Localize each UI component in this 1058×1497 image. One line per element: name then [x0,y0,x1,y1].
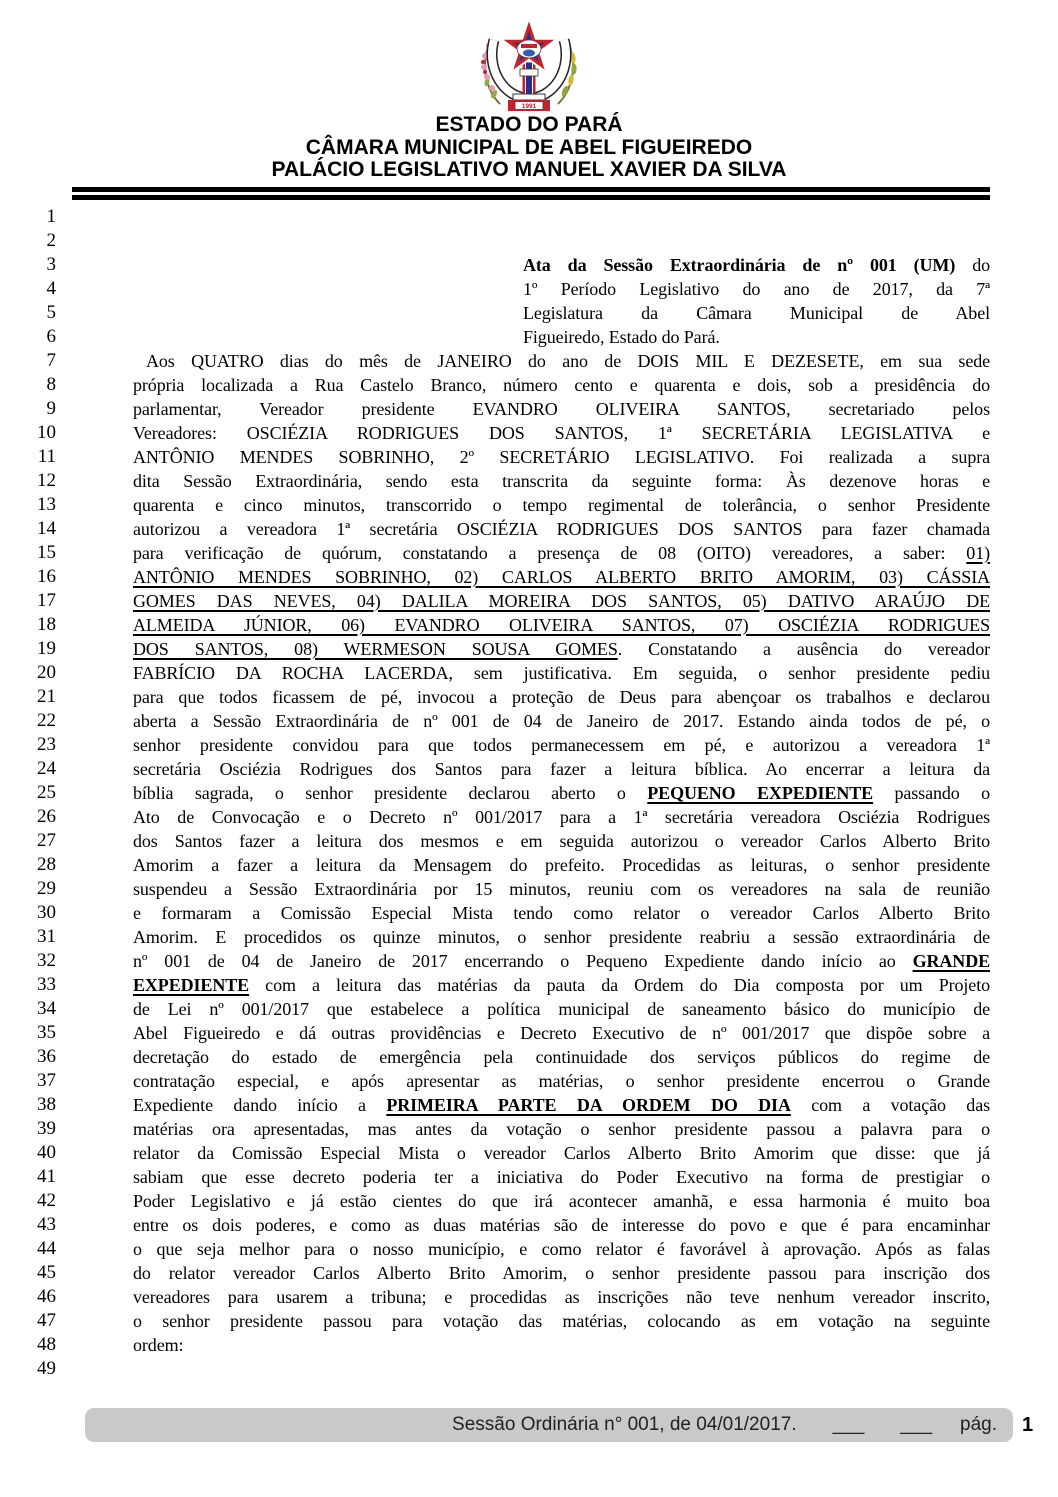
emphasized-text: GOMES DAS NEVES, 04) DALILA MOREIRA DOS … [133,591,990,611]
footer-blank-1: ___ [833,1414,865,1436]
emphasized-text: GRANDE [913,951,990,971]
document-line: contratação especial, e após apresentar … [133,1069,990,1093]
document-line: dita Sessão Extraordinária, sendo esta t… [133,469,990,493]
document-line [133,205,990,229]
document-line: Legislatura da Câmara Municipal de Abel [523,301,990,325]
document-line [133,1357,990,1381]
text-segment: com a votação das [791,1095,990,1115]
document-line: para que todos ficassem de pé, invocou a… [133,685,990,709]
footer-bar: Sessão Ordinária n° 001, de 04/01/2017. … [85,1408,1013,1442]
text-segment: 1º Período Legislativo do ano de 2017, d… [523,279,990,299]
document-line: ANTÔNIO MENDES SOBRINHO, 02) CARLOS ALBE… [133,565,990,589]
banner-year: 1991 [522,103,537,110]
document-line: aberta a Sessão Extraordinária de nº 001… [133,709,990,733]
document-line: secretária Osciézia Rodrigues dos Santos… [133,757,990,781]
text-segment: relator da Comissão Especial Mista o ver… [133,1143,990,1163]
chamber-name: CÂMARA MUNICIPAL DE ABEL FIGUEIREDO [0,137,1058,160]
text-segment: passando o [873,783,990,803]
document-line: decretação do estado de emergência pela … [133,1045,990,1069]
text-segment: dita Sessão Extraordinária, sendo esta t… [133,471,990,491]
document-line: Aos QUATRO dias do mês de JANEIRO do ano… [133,349,990,373]
footer-session-label: Sessão Ordinária n° 001, de 04/01/2017. [452,1414,797,1436]
text-segment: Vereadores: OSCIÉZIA RODRIGUES DOS SANTO… [133,423,990,443]
document-line: ordem: [133,1333,990,1357]
text-segment: . Constatando a ausência do vereador [618,639,990,659]
text-segment: Amorim. E procedidos os quinze minutos, … [133,927,990,947]
document-line: nº 001 de 04 de Janeiro de 2017 encerran… [133,949,990,973]
header-rule-bottom [72,195,990,200]
text-segment: senhor presidente convidou para que todo… [133,735,990,755]
document-line: 1º Período Legislativo do ano de 2017, d… [523,277,990,301]
text-segment: Ato de Convocação e o Decreto nº 001/201… [133,807,990,827]
state-name: ESTADO DO PARÁ [0,114,1058,137]
text-segment: secretária Osciézia Rodrigues dos Santos… [133,759,990,779]
document-line: Expediente dando início a PRIMEIRA PARTE… [133,1093,990,1117]
document-line [133,229,990,253]
document-line: relator da Comissão Especial Mista o ver… [133,1141,990,1165]
document-line: DOS SANTOS, 08) WERMESON SOUSA GOMES. Co… [133,637,990,661]
text-segment: matérias ora apresentadas, mas antes da … [133,1119,990,1139]
document-line: bíblia sagrada, o senhor presidente decl… [133,781,990,805]
text-segment: com a leitura das matérias da pauta da O… [249,975,990,995]
text-segment: o senhor presidente passou para votação … [133,1311,990,1331]
text-segment: e formaram a Comissão Especial Mista ten… [133,903,990,923]
document-line: senhor presidente convidou para que todo… [133,733,990,757]
text-segment: contratação especial, e após apresentar … [133,1071,990,1091]
document-line: e formaram a Comissão Especial Mista ten… [133,901,990,925]
document-line: Poder Legislativo e já estão cientes do … [133,1189,990,1213]
text-segment: o que seja melhor para o nosso município… [133,1239,990,1259]
emphasized-text: Ata da Sessão Extraordinária de nº 001 (… [523,255,955,275]
document-line: Amorim. E procedidos os quinze minutos, … [133,925,990,949]
document-line: própria localizada a Rua Castelo Branco,… [133,373,990,397]
document-line: o senhor presidente passou para votação … [133,1309,990,1333]
emphasized-text: ANTÔNIO MENDES SOBRINHO, 02) CARLOS ALBE… [133,567,990,587]
document-line: de Lei nº 001/2017 que estabelece a polí… [133,997,990,1021]
document-line: Ato de Convocação e o Decreto nº 001/201… [133,805,990,829]
document-line: vereadores para usarem a tribuna; e proc… [133,1285,990,1309]
emphasized-text: DOS SANTOS, 08) WERMESON SOUSA GOMES [133,639,618,659]
document-line: parlamentar, Vereador presidente EVANDRO… [133,397,990,421]
text-segment: Aos QUATRO dias do mês de JANEIRO do ano… [146,351,990,371]
footer-blank-2: ___ [900,1414,932,1436]
text-segment: Legislatura da Câmara Municipal de Abel [523,303,990,323]
document-line: ANTÔNIO MENDES SOBRINHO, 2º SECRETÁRIO L… [133,445,990,469]
document-page: { "colors": { "text": "#000000", "footer… [0,0,1058,1497]
text-segment: entre os dois poderes, e como as duas ma… [133,1215,990,1235]
text-segment: suspendeu a Sessão Extraordinária por 15… [133,879,990,899]
text-segment: vereadores para usarem a tribuna; e proc… [133,1287,990,1307]
document-line: entre os dois poderes, e como as duas ma… [133,1213,990,1237]
document-line: para verificação de quórum, constatando … [133,541,990,565]
header-rule-top [72,187,990,192]
text-segment: bíblia sagrada, o senhor presidente decl… [133,783,647,803]
text-segment: parlamentar, Vereador presidente EVANDRO… [133,399,990,419]
emphasized-text: EXPEDIENTE [133,975,249,995]
document-line: autorizou a vereadora 1ª secretária OSCI… [133,517,990,541]
text-segment: sabiam que esse decreto poderia ter a in… [133,1167,990,1187]
coat-of-arms: 1991 [470,6,588,116]
pedestal [513,94,545,100]
text-segment: do [955,255,990,275]
emphasized-text: 01) [966,543,990,563]
document-line: quarenta e cinco minutos, transcorrido o… [133,493,990,517]
text-segment: do relator vereador Carlos Alberto Brito… [133,1263,990,1283]
document-body: Ata da Sessão Extraordinária de nº 001 (… [0,205,1058,1381]
footer-page-label: pág. [960,1414,997,1436]
text-segment: de Lei nº 001/2017 que estabelece a polí… [133,999,990,1019]
text-segment: FABRÍCIO DA ROCHA LACERDA, sem justifica… [133,663,990,683]
emphasized-text: PEQUENO EXPEDIENTE [647,783,873,803]
document-line: Vereadores: OSCIÉZIA RODRIGUES DOS SANTO… [133,421,990,445]
document-line: Abel Figueiredo e dá outras providências… [133,1021,990,1045]
emphasized-text: ALMEIDA JÚNIOR, 06) EVANDRO OLIVEIRA SAN… [133,615,990,635]
text-segment: ordem: [133,1335,183,1355]
document-line: Ata da Sessão Extraordinária de nº 001 (… [523,253,990,277]
text-segment: autorizou a vereadora 1ª secretária OSCI… [133,519,990,539]
text-segment: Poder Legislativo e já estão cientes do … [133,1191,990,1211]
document-line: FABRÍCIO DA ROCHA LACERDA, sem justifica… [133,661,990,685]
text-segment: nº 001 de 04 de Janeiro de 2017 encerran… [133,951,913,971]
text-segment: aberta a Sessão Extraordinária de nº 001… [133,711,990,731]
document-line: EXPEDIENTE com a leitura das matérias da… [133,973,990,997]
document-line: sabiam que esse decreto poderia ter a in… [133,1165,990,1189]
column [520,62,538,99]
emphasized-text: PRIMEIRA PARTE DA ORDEM DO DIA [386,1095,791,1115]
document-line: dos Santos fazer a leitura dos mesmos e … [133,829,990,853]
document-line: ALMEIDA JÚNIOR, 06) EVANDRO OLIVEIRA SAN… [133,613,990,637]
text-segment: Expediente dando início a [133,1095,386,1115]
document-line: GOMES DAS NEVES, 04) DALILA MOREIRA DOS … [133,589,990,613]
document-line: o que seja melhor para o nosso município… [133,1237,990,1261]
document-line: do relator vereador Carlos Alberto Brito… [133,1261,990,1285]
document-line: matérias ora apresentadas, mas antes da … [133,1117,990,1141]
document-line: Figueiredo, Estado do Pará. [523,325,990,349]
text-segment: Figueiredo, Estado do Pará. [523,327,720,347]
document-line: Amorim a fazer a leitura da Mensagem do … [133,853,990,877]
text-segment: Amorim a fazer a leitura da Mensagem do … [133,855,990,875]
document-line: suspendeu a Sessão Extraordinária por 15… [133,877,990,901]
text-segment: própria localizada a Rua Castelo Branco,… [133,375,990,395]
footer-page-number: 1 [1022,1408,1033,1442]
text-segment: dos Santos fazer a leitura dos mesmos e … [133,831,990,851]
text-segment: para verificação de quórum, constatando … [133,543,966,563]
text-segment: Abel Figueiredo e dá outras providências… [133,1023,990,1043]
palace-name: PALÁCIO LEGISLATIVO MANUEL XAVIER DA SIL… [0,159,1058,182]
text-segment: para que todos ficassem de pé, invocou a… [133,687,990,707]
text-segment: quarenta e cinco minutos, transcorrido o… [133,495,990,515]
text-segment: ANTÔNIO MENDES SOBRINHO, 2º SECRETÁRIO L… [133,447,990,467]
text-segment: decretação do estado de emergência pela … [133,1047,990,1067]
document-header: 1991 ESTADO DO PARÁ CÂMARA MUNICIPAL DE … [0,0,1058,182]
